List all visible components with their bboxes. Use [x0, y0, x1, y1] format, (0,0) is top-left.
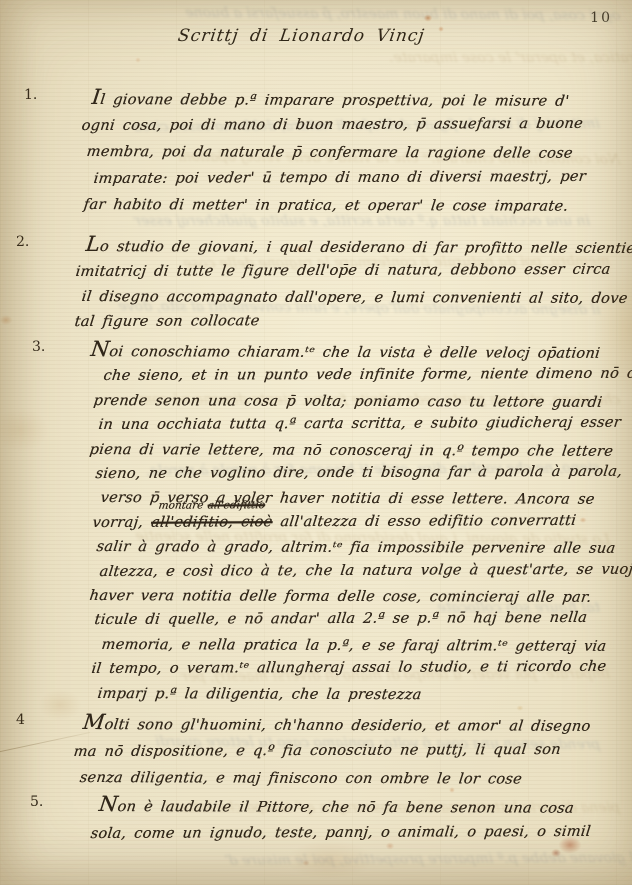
manuscript-line: imitatricj di tutte le figure dell'op̄e …: [74, 258, 632, 285]
manuscript-line: il tempo, o veram.ᵗᵉ allungheraj assai l…: [90, 655, 632, 682]
paragraph-number: 5.: [8, 793, 86, 848]
manuscript-line: imparj p.ª la diligentia, che la prestez…: [96, 682, 632, 708]
manuscript-line: tal figure son collocate: [73, 308, 632, 335]
paragraph: 1.Il giovane debbe p.ª imparare prospett…: [8, 86, 626, 218]
manuscript-line: ticule di quelle, e nō andar' alla 2.ª s…: [93, 606, 632, 633]
emendation-before: vorraj,: [92, 515, 152, 531]
bleedthrough-text-ghost: far habito di metter' in pratica, et ope…: [249, 50, 632, 66]
manuscript-line: ma nō dispositione, e q.º fia conosciuto…: [72, 736, 629, 765]
page-number: 10: [590, 10, 612, 26]
bleedthrough-text-ghost: Il giovane debbe p.ª imparare prospettiv…: [79, 850, 632, 870]
manuscript-line: che sieno, et in un punto vede infinite …: [102, 362, 632, 389]
manuscript-line: in una occhiata tutta q.ª carta scritta,…: [97, 411, 632, 438]
manuscript-line: montare all'edifittiovorraj, all'edifiti…: [91, 508, 632, 535]
manuscript-page: ogni cosa, poi di mano di buon maestro, …: [0, 0, 632, 885]
paragraph: 5.Non è laudabile il Pittore, che nō fa …: [8, 793, 626, 848]
paragraph: 3.Noi conoschiamo chiaram.ᵗᵉ che la vist…: [8, 338, 626, 706]
manuscript-line: altezza, e così dico à te, che la natura…: [98, 557, 632, 584]
manuscript-line: imparate: poi veder' ū tempo di mano di…: [92, 163, 629, 192]
paragraph-number: 1.: [8, 86, 80, 218]
paragraph-number: 2.: [8, 233, 72, 335]
page-title: Scrittj di Lionardo Vincj: [177, 26, 426, 46]
manuscript-line: sola, come un ignudo, teste, pannj, o an…: [89, 819, 629, 848]
manuscript-line: sieno, ne che voglino dire, onde ti biso…: [94, 460, 632, 487]
paragraph-number: 3.: [8, 338, 88, 706]
interlinear-struck-text: all'edifittio: [207, 499, 266, 511]
paragraph: 4Molti sono gl'huomini, ch'hanno desider…: [8, 711, 626, 792]
emendation-after: all'altezza di esso edifitio converratti: [271, 513, 576, 530]
paragraph: 2.Lo studio de giovani, i qual desideran…: [8, 233, 626, 335]
manuscript-line: ogni cosa, poi di mano di buon maestro, …: [80, 111, 629, 140]
paragraph-number: 4: [8, 711, 72, 792]
manuscript-line: senza diligentia, e maj finiscono con om…: [78, 765, 629, 793]
manuscript-line: far habito di metter' in pratica, et ope…: [82, 192, 629, 220]
bleedthrough-text-ghost: ogni cosa, poi di mano di buon maestro, …: [59, 4, 621, 24]
interlinear-plain-text: montare: [158, 499, 209, 511]
interlinear-insertion: montare all'edifittio: [158, 500, 266, 510]
emendation-strikethrough: all'edifitio, cioè: [150, 514, 273, 531]
